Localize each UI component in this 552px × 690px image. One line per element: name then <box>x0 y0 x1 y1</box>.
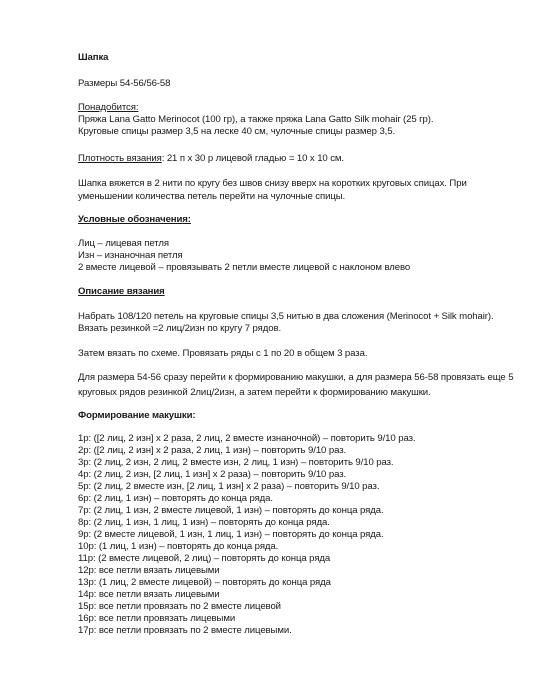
crown-row: 7р: (2 лиц, 1 изн, 2 вместе лицевой, 1 и… <box>78 505 538 517</box>
spacer <box>78 274 538 286</box>
spacer <box>78 335 538 348</box>
spacer <box>78 64 538 76</box>
description-para1-line1: Набрать 108/120 петель на круговые спицы… <box>78 311 538 323</box>
needed-yarn: Пряжа Lana Gatto Merinocot (100 гр), а т… <box>78 114 538 126</box>
crown-row: 11р: (2 вместе лицевой, 2 лиц) – повторя… <box>78 553 538 565</box>
spacer <box>78 399 538 410</box>
spacer <box>78 298 538 311</box>
needed-needles: Круговые спицы размер 3,5 на леске 40 см… <box>78 126 538 138</box>
crown-row: 2р: ([2 лиц, 2 изн] х 2 раза, 2 лиц, 1 и… <box>78 445 538 457</box>
document-title: Шапка <box>78 52 538 64</box>
spacer <box>78 360 538 372</box>
crown-heading: Формирование макушки: <box>78 410 538 422</box>
legend-item: Изн – изнаночная петля <box>78 250 538 262</box>
spacer <box>78 138 538 153</box>
density-value: : 21 п х 30 р лицевой гладью = 10 х 10 с… <box>162 153 344 164</box>
crown-row: 10р: (1 лиц, 1 изн) – повторять до конца… <box>78 541 538 553</box>
legend-heading: Условные обозначения: <box>78 214 538 226</box>
crown-row: 17р: все петли провязать по 2 вместе лиц… <box>78 625 538 637</box>
crown-row: 13р: (1 лиц, 2 вместе лицевой) – повторя… <box>78 577 538 589</box>
crown-row: 6р: (2 лиц, 1 изн) – повторять до конца … <box>78 493 538 505</box>
density-text: Плотность вязания: 21 п х 30 р лицевой г… <box>78 153 538 165</box>
spacer <box>78 203 538 214</box>
description-para3-line1: Для размера 54-56 сразу перейти к формир… <box>78 372 538 387</box>
legend-item: Лиц – лицевая петля <box>78 238 538 250</box>
description-heading: Описание вязания <box>78 286 538 298</box>
intro-line-2: уменьшении количества петель перейти на … <box>78 191 538 203</box>
crown-row: 1р: ([2 лиц, 2 изн] х 2 раза, 2 лиц, 2 в… <box>78 433 538 445</box>
spacer <box>78 165 538 177</box>
crown-row: 8р: (2 лиц, 1 изн, 1 лиц, 1 изн) – повто… <box>78 517 538 529</box>
document-page: Шапка Размеры 54-56/56-58 Понадобится: П… <box>78 52 538 637</box>
sizes-text: Размеры 54-56/56-58 <box>78 78 538 90</box>
spacer <box>78 226 538 238</box>
density-label: Плотность вязания <box>78 153 162 164</box>
needed-heading: Понадобится: <box>78 102 538 114</box>
description-para1-line2: Вязать резинкой =2 лиц/2изн по кругу 7 р… <box>78 323 538 335</box>
crown-row: 14р: все петли вязать лицевыми <box>78 589 538 601</box>
crown-row: 4р: (2 лиц, 2 изн, [2 лиц, 1 изн] х 2 ра… <box>78 469 538 481</box>
crown-row: 9р: (2 вместе лицевой, 1 изн, 1 лиц, 1 и… <box>78 529 538 541</box>
crown-rows-list: 1р: ([2 лиц, 2 изн] х 2 раза, 2 лиц, 2 в… <box>78 433 538 637</box>
legend-item: 2 вместе лицевой – провязывать 2 петли в… <box>78 262 538 274</box>
crown-row: 5р: (2 лиц, 2 вместе изн, [2 лиц, 1 изн]… <box>78 481 538 493</box>
crown-row: 15р: все петли провязать по 2 вместе лиц… <box>78 601 538 613</box>
spacer <box>78 90 538 102</box>
crown-row: 3р: (2 лиц, 2 изн, 2 лиц, 2 вместе изн, … <box>78 457 538 469</box>
crown-row: 12р: все петли вязать лицевыми <box>78 565 538 577</box>
intro-line-1: Шапка вяжется в 2 нити по кругу без швов… <box>78 178 538 191</box>
description-para3-line2: круговых рядов резинкой 2лиц/2изн, а зат… <box>78 387 538 399</box>
crown-row: 16р: все петли провязать лицевыми <box>78 613 538 625</box>
description-para2: Затем вязать по схеме. Провязать ряды с … <box>78 348 538 360</box>
spacer <box>78 422 538 433</box>
